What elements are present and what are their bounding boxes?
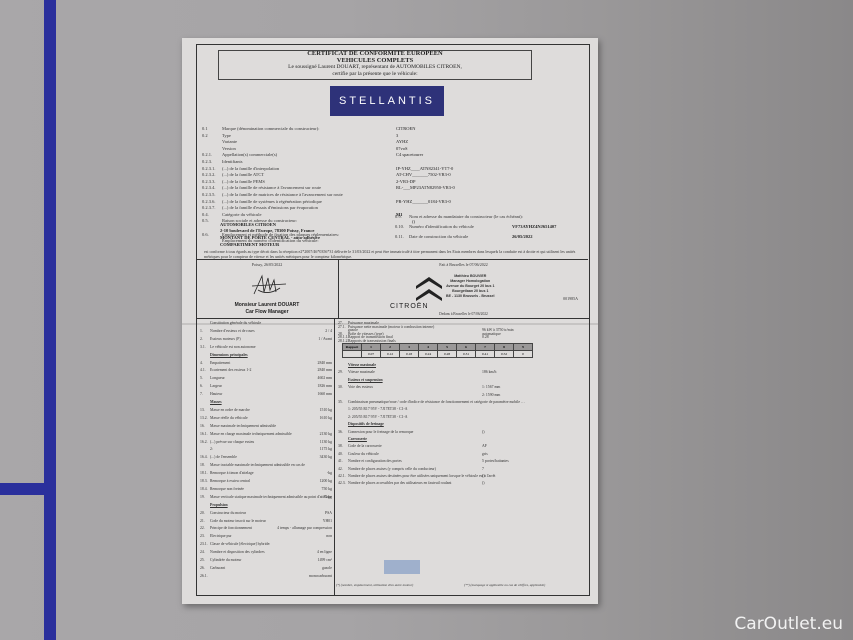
spec-value: 5 portes/battantes [482, 459, 509, 463]
spec-value: YH01 [323, 519, 332, 523]
field-number: 0.6. [202, 232, 222, 237]
spec-value: 1130 kg [320, 440, 332, 444]
spec-label: Largeur [210, 384, 222, 388]
spec-label: (...) prévue sur chaque essieu [210, 440, 254, 444]
field-number: 0.2.3.3. [202, 179, 222, 184]
field-value: 07voS [396, 146, 408, 151]
field-row: 0.1Marque (dénomination commerciale du c… [202, 126, 319, 131]
spec-row: 21.Code du moteur inscrit sur le moteur [200, 519, 266, 523]
spec-label: 2: [210, 447, 213, 451]
spec-number: 23. [200, 534, 210, 538]
spec-row: 41.Nombre et configuration des portes [338, 459, 402, 463]
field-row: 0.2.3.Identifiants [202, 159, 243, 164]
gear-number: 4 [419, 344, 438, 351]
spec-row: 30.Voie des essieux [338, 385, 373, 389]
gear-number: 5 [438, 344, 457, 351]
spec-value: 7 [482, 467, 484, 471]
field-number: 0.2.3.1. [202, 166, 222, 171]
spec-value: AF [482, 444, 487, 448]
right-field-row: 0.11.Date de construction du véhicule [395, 234, 468, 239]
spec-number: 30. [338, 385, 348, 389]
spec-row: 22.Principe de fonctionnement [200, 526, 252, 530]
spec-label: Ecartement des essieux 1-2 [210, 368, 251, 372]
field-number: 0.11. [395, 234, 409, 239]
spec-label: Masse réelle du véhicule [210, 416, 248, 420]
spec-number: 5. [200, 376, 210, 380]
field-row: 0.2.1.Appellation(s) commerciale(s) [202, 152, 277, 157]
field-row: 0.2.3.7.(...) de la famille d'essais d'é… [202, 205, 318, 210]
manager-address-3: BE - 1130 Brussels - Brussel [446, 294, 495, 299]
spec-value: non [326, 534, 332, 538]
spec-row: 26.Carburant [200, 566, 225, 570]
field-row: 0.2.3.3.(...) de la famille PEMS [202, 179, 265, 184]
spec-row: 23.1.Classe de véhicule [électrique] hyb… [200, 542, 270, 546]
spec-value: 186 km/h [482, 370, 496, 374]
gear-number: 7 [476, 344, 495, 351]
field-row: 0.2.3.6.(...) de la famille de systèmes … [202, 199, 322, 204]
field-label: Nom et adresse du mandataire du construc… [409, 214, 523, 219]
field-number: 0.9. [395, 214, 409, 219]
field-label: (...) de la famille PEMS [222, 179, 265, 184]
field-row: 0.2.3.4.(...) de la famille de résistanc… [202, 185, 321, 190]
gear-number: 3 [400, 344, 419, 351]
field-number: 0.2.3.2. [202, 172, 222, 177]
field-row: 0.2.3.5.(...) de la famille de matrices … [202, 192, 343, 197]
spec-number: 20. [200, 511, 210, 515]
stellantis-logo: STELLANTIS [330, 86, 444, 116]
certificate-header: CERTIFICAT DE CONFORMITE EUROPEEN VEHICU… [218, 50, 532, 80]
field-number: 0.10. [395, 224, 409, 229]
spec-row: 16.1.Masse en charge maximale techniquem… [200, 432, 292, 436]
field-label: Date de construction du véhicule [409, 234, 468, 239]
spec-row: 19.Masse verticale statique maximale tec… [200, 495, 332, 499]
spec-number: 42.3. [338, 481, 348, 485]
spec-row: 16.4.(...) de l'ensemble [200, 455, 237, 459]
field-label: Type [222, 133, 231, 138]
footnote-right: (**) (marquage si applicable ou cas de c… [464, 583, 545, 587]
spec-label: Essieux et suspension [348, 378, 383, 382]
spec-value: 0.28 [482, 335, 489, 339]
spec-value: 1: 1567 mm [482, 385, 500, 389]
spec-number: 29. [338, 370, 348, 374]
spec-number: 16.4. [200, 455, 210, 459]
spec-row: 7.Hauteur [200, 392, 222, 396]
gear-ratio-value: 0.18 [400, 351, 419, 358]
spec-number: 3.1. [200, 345, 210, 349]
spec-number: 21. [200, 519, 210, 523]
spec-label: Connexion pour le freinage de la remorqu… [348, 430, 413, 434]
subtitle-line-2: certifie par la présente que le véhicule… [219, 71, 531, 78]
spec-label: Nombre de places accessibles par des uti… [348, 481, 451, 485]
ratio-row-label [343, 351, 362, 358]
spec-label: Nombre et disposition des cylindres [210, 550, 265, 554]
spec-label: Masse verticale statique maximale techni… [210, 495, 332, 499]
spec-value: 4 en ligne [317, 550, 332, 554]
spec-value: 2 / 4 [325, 329, 332, 333]
spec-row: Constitution générale du véhicule [200, 321, 261, 325]
homologation-manager-block: Matthieu BOUVIER Manager Homologation Av… [446, 274, 495, 299]
blue-tape-horizontal [0, 483, 44, 495]
document-reference: 001985A [563, 296, 578, 301]
spec-number: 16. [200, 424, 210, 428]
gear-ratio-value: 0.24 [419, 351, 438, 358]
spec-row: 29.Vitesse maximale [338, 370, 375, 374]
field-value: CITROEN [396, 126, 416, 131]
gear-number: 9 [514, 344, 533, 351]
field-number: 0.4. [202, 212, 222, 217]
spec-label: Vitesse maximale [348, 363, 376, 367]
field-number: 0.2.3.7. [202, 205, 222, 210]
spec-row: 23.Electrique pur [200, 534, 232, 538]
spec-row: 18.1.Remorque à timon d'attelage [200, 471, 254, 475]
spec-number: 18.1. [200, 471, 210, 475]
spec-number: 18.4. [200, 487, 210, 491]
spec-label: Nombre et configuration des portes [348, 459, 402, 463]
spec-number: 18.3. [200, 479, 210, 483]
field-value: RL-___MP23ATN82950-VR3-0 [396, 185, 455, 190]
spec-label: Couleur du véhicule [348, 452, 379, 456]
spec-value: () [482, 474, 485, 478]
spec-value: 1510 kg [320, 408, 332, 412]
field-label: (...) de la famille de résistance à l'av… [222, 185, 321, 190]
spec-label: Constitution générale du véhicule [210, 321, 261, 325]
left-place-date: Poissy, 26/05/2022 [196, 262, 338, 267]
spec-row: 26.1. [200, 574, 210, 578]
spec-label: Nombre de places assises destinées pour … [348, 474, 495, 478]
spec-label: Remorque à essieu central [210, 479, 250, 483]
signature-area: Poissy, 26/05/2022 Monsieur Laurent DOUA… [196, 259, 588, 318]
spec-row: 4.1.Ecartement des essieux 1-2 [200, 368, 251, 372]
field-label: Appellation(s) commerciale(s) [222, 152, 277, 157]
spec-label: Remorque à timon d'attelage [210, 471, 254, 475]
spec-number: 16.2. [200, 440, 210, 444]
spec-value: () [482, 481, 485, 485]
spec-value: () [482, 430, 485, 434]
spec-row: 2: [200, 447, 213, 451]
spec-number: 13. [200, 408, 210, 412]
right-bottom-date: Dedans à Bruxelles le 07/06/2022 [339, 312, 588, 316]
spec-row: 18.4.Remorque non freinée [200, 487, 244, 491]
signatory-block: Monsieur Laurent DOUART Car Flow Manager [196, 302, 338, 316]
spec-row: Essieux et suspension [338, 378, 383, 382]
spec-row: Masses [200, 400, 222, 404]
spec-label: Hauteur [210, 392, 222, 396]
spec-label: Vitesse maximale [348, 370, 375, 374]
spec-label: 2: 205/55 R17 95V - 7J17ET38 - C1-A [348, 415, 408, 419]
spec-label: Carburant [210, 566, 225, 570]
spec-row: 20.Constructeur du moteur [200, 511, 246, 515]
field-row [202, 225, 222, 230]
spec-label: Propulsion [210, 503, 228, 507]
spec-value: 1610 kg [320, 416, 332, 420]
spec-label: Longueur [210, 376, 225, 380]
spec-row: Propulsion [200, 503, 228, 507]
spec-value: 1499 cm³ [318, 558, 332, 562]
signatory-name: Monsieur Laurent DOUART [196, 302, 338, 309]
field-row: Version [202, 146, 236, 151]
field-label: (...) de la famille de systèmes à régéné… [222, 199, 322, 204]
spec-row: 40.Couleur du véhicule [338, 452, 379, 456]
watermark: CarOutlet.eu [734, 614, 843, 634]
spec-number: 36. [338, 430, 348, 434]
spec-label: Remorque non freinée [210, 487, 244, 491]
gear-ratio-value: 0.28 [438, 351, 457, 358]
field-row: 0.2Type [202, 133, 231, 138]
field-label: (...) de la famille d'essais d'émissions… [222, 205, 318, 210]
spec-number: 22. [200, 526, 210, 530]
spec-row: 25.Cylindrée du moteur [200, 558, 241, 562]
spec-label: Nombre de places assises (y compris cell… [348, 467, 436, 471]
spec-label: Constructeur du moteur [210, 511, 246, 515]
field-row: Variante [202, 139, 237, 144]
spec-row: Dimensions principales [200, 353, 248, 357]
spec-value: 1 / Avant [318, 337, 332, 341]
spec-value: gazole [322, 566, 332, 570]
spec-number: 4.1. [200, 368, 210, 372]
spec-label: Dispositifs de freinage [348, 422, 384, 426]
conformity-statement: est conforme à tous égards au type décri… [204, 249, 584, 259]
gear-ratio-value: 0.41 [476, 351, 495, 358]
citroen-wordmark: CITROËN [390, 303, 429, 310]
field-number: 0.2.3.5. [202, 192, 222, 197]
certificate-of-conformity: CERTIFICAT DE CONFORMITE EUROPEEN VEHICU… [182, 38, 598, 604]
signature-divider [338, 260, 339, 318]
spec-row: 2: 205/55 R17 95V - 7J17ET38 - C1-A [338, 415, 408, 419]
spec-label: Masse en charge maximale techniquement a… [210, 432, 292, 436]
spec-row: 18.3.Remorque à essieu central [200, 479, 250, 483]
spec-number: 40. [338, 452, 348, 456]
spec-value: 750 kg [322, 487, 332, 491]
spec-number: 26.1. [200, 574, 210, 578]
gear-ratio-value: 0.52 [495, 351, 514, 358]
spec-row: Vitesse maximale [338, 363, 376, 367]
spec-value: 2840 mm [318, 361, 332, 365]
spec-label: Carrosserie [348, 437, 367, 441]
spec-row: 36.Connexion pour le freinage de la remo… [338, 430, 413, 434]
spec-label: Masse maximale techniquement admissible [210, 424, 276, 428]
field-row: 0.4.Catégorie du véhicule [202, 212, 262, 217]
right-field-value: VF73AYHZ4NJ651407 [512, 224, 556, 229]
spec-value: 1200 kg [320, 479, 332, 483]
gear-ratio-value: 0.12 [381, 351, 400, 358]
field-value: C4 spacetourer [396, 152, 423, 157]
spec-value: PSA [325, 511, 332, 515]
right-field-row: 0.10.Numéro d'identification du véhicule [395, 224, 474, 229]
spec-value: gris [482, 452, 488, 456]
gear-number: 8 [495, 344, 514, 351]
spec-label: Electrique pur [210, 534, 232, 538]
spec-number: 1. [200, 329, 210, 333]
spec-label: Code de la carrosserie [348, 444, 382, 448]
spec-label: Voie des essieux [348, 385, 373, 389]
spec-row: 16.2.(...) prévue sur chaque essieu [200, 440, 254, 444]
field-label: Variante [222, 139, 237, 144]
spec-row: 42.1.Nombre de places assises destinées … [338, 474, 495, 478]
field-value: 2-VR3-DP [396, 179, 416, 184]
gear-ratio-value: 0.31 [457, 351, 476, 358]
spec-number: 23.1. [200, 542, 210, 546]
spec-value: 1660 mm [318, 392, 332, 396]
signature-scribble-icon [250, 272, 288, 298]
spec-value: 4 temps - allumage par compression [277, 526, 332, 530]
field-label: Identifiants [222, 159, 243, 164]
spec-number: 41. [338, 459, 348, 463]
spec-label: 1: 205/55 R17 95V - 7J17ET38 - C1-A [348, 407, 408, 411]
blue-stamp [384, 560, 420, 574]
field-number: 0.2.1. [202, 152, 222, 157]
spec-number: 38. [338, 444, 348, 448]
spec-row: 35.Combinaison pneumatique/roue / code d… [338, 400, 525, 404]
spec-label: Combinaison pneumatique/roue / code d'in… [348, 400, 525, 404]
field-value: AT-CHV_______7502-VR3-0 [396, 172, 451, 177]
gear-number: 1 [362, 344, 381, 351]
field-label: (...) de la famille de matrices de résis… [222, 192, 343, 197]
spec-number: 26. [200, 566, 210, 570]
spec-label: Code du moteur inscrit sur le moteur [210, 519, 266, 523]
spec-label: Masses [210, 400, 222, 404]
spec-row: 3.1.Le véhicule est non autonome [200, 345, 256, 349]
field-number: 0.5. [202, 218, 222, 223]
spec-value: -kg [327, 471, 332, 475]
field-row: 0.2.3.2.(...) de la famille ATCT [202, 172, 264, 177]
spec-value: 1826 mm [318, 384, 332, 388]
spec-label: Principe de fonctionnement [210, 526, 252, 530]
spec-row: 4.Empattement [200, 361, 230, 365]
spec-value: 4602 mm [318, 376, 332, 380]
spec-number: 2. [200, 337, 210, 341]
spec-row: 13.2.Masse réelle du véhicule [200, 416, 248, 420]
spec-number: 16.1. [200, 432, 210, 436]
field-label: (...) de la famille d'interpolation [222, 166, 279, 171]
field-number: 0.2 [202, 133, 222, 138]
field-label: Version [222, 146, 236, 151]
spec-row: 1: 205/55 R17 95V - 7J17ET38 - C1-A [338, 407, 408, 411]
spec-value: 2130 kg [320, 432, 332, 436]
spec-row: 24.Nombre et disposition des cylindres [200, 550, 265, 554]
field-value: IP-YHZ____ATN82341-YT7-0 [396, 166, 453, 171]
right-place-date: Fait à Bruxelles le 07/06/2022 [339, 262, 588, 267]
spec-number: 42.1. [338, 474, 348, 478]
spec-label: Classe de véhicule [électrique] hybride: [210, 542, 270, 546]
spec-row: 16.Masse maximale techniquement admissib… [200, 424, 276, 428]
field-number: 0.2.3.6. [202, 199, 222, 204]
spec-label: Puissance nette maximale (moteur à combu… [348, 325, 434, 329]
spec-label: (...) de l'ensemble [210, 455, 237, 459]
spec-number: 7. [200, 392, 210, 396]
spec-number: 6. [200, 384, 210, 388]
spec-value: 2840 mm [318, 368, 332, 372]
blue-tape-vertical [44, 0, 56, 640]
spec-number: 42. [338, 467, 348, 471]
spec-label: Masse en ordre de marche [210, 408, 250, 412]
footnote-left: (*) (nombre, emplacement, utilisation d'… [336, 583, 413, 587]
field-value: AYHZ [396, 139, 408, 144]
spec-label: Dimensions principales [210, 353, 248, 357]
spec-row: 42.3.Nombre de places accessibles par de… [338, 481, 451, 485]
field-value: COMPARTIMENT MOTEUR [220, 242, 279, 247]
spec-row [338, 393, 348, 397]
spec-number: 19. [200, 495, 210, 499]
spec-value: 1175 kg [320, 447, 332, 451]
ratio-header-cell: Rapport [343, 344, 362, 351]
spec-label: Masse tractable maximale techniquement a… [210, 463, 305, 467]
spec-row: Dispositifs de freinage [338, 422, 384, 426]
spec-value: 3430 kg [320, 455, 332, 459]
spec-label: Nombre d'essieux et de roues [210, 329, 255, 333]
gear-number: 6 [457, 344, 476, 351]
spec-number: 24. [200, 550, 210, 554]
spec-number: 13.2. [200, 416, 210, 420]
spec-row: 38.Code de la carrosserie [338, 444, 382, 448]
spec-value: monocarburant [309, 574, 332, 578]
spec-row: 5.Longueur [200, 376, 225, 380]
spec-row: 1.Nombre d'essieux et de roues [200, 329, 255, 333]
spec-row: 42.Nombre de places assises (y compris c… [338, 467, 436, 471]
spec-row: 2.Essieux moteurs (P) [200, 337, 241, 341]
citroen-chevrons-icon [414, 274, 444, 302]
right-field-value: 26/05/2022 [512, 234, 533, 239]
spec-label: Empattement [210, 361, 230, 365]
spec-row: 6.Largeur [200, 384, 222, 388]
gear-ratio-value: 0 [514, 351, 533, 358]
spec-value: 72 kg [323, 495, 332, 499]
field-label: Numéro d'identification du véhicule [409, 224, 474, 229]
spec-label: Le véhicule est non autonome [210, 345, 256, 349]
spec-label: Cylindrée du moteur [210, 558, 241, 562]
spec-number: 4. [200, 361, 210, 365]
spec-label: Essieux moteurs (P) [210, 337, 241, 341]
column-divider [334, 319, 335, 595]
spec-value: 2: 1590 mm [482, 393, 500, 397]
field-number: 0.2.3.4. [202, 185, 222, 190]
field-label: Marque (dénomination commerciale du cons… [222, 126, 319, 131]
spec-row: 18.Masse tractable maximale techniquemen… [200, 463, 305, 467]
field-label: Catégorie du véhicule [222, 212, 262, 217]
spec-row: 13.Masse en ordre de marche [200, 408, 250, 412]
bottom-frame [196, 319, 590, 596]
spec-number: 18. [200, 463, 210, 467]
field-value: PR-YHZ_______0184-VR3-0 [396, 199, 451, 204]
spec-row: Carrosserie [338, 437, 367, 441]
gear-ratio-value: 0.07 [362, 351, 381, 358]
field-value: AUTOMOBILES CITROEN [220, 222, 276, 227]
spec-number: 35. [338, 400, 348, 404]
field-label: (...) de la famille ATCT [222, 172, 264, 177]
field-number: 0.2.3. [202, 159, 222, 164]
gear-ratio-table: Rapport1234567890.070.120.180.240.280.31… [342, 343, 533, 358]
signatory-role: Car Flow Manager [196, 309, 338, 316]
field-value: 3 [396, 133, 398, 138]
spec-number: 25. [200, 558, 210, 562]
field-row: 0.2.3.1.(...) de la famille d'interpolat… [202, 166, 279, 171]
field-number: 0.1 [202, 126, 222, 131]
gear-number: 2 [381, 344, 400, 351]
